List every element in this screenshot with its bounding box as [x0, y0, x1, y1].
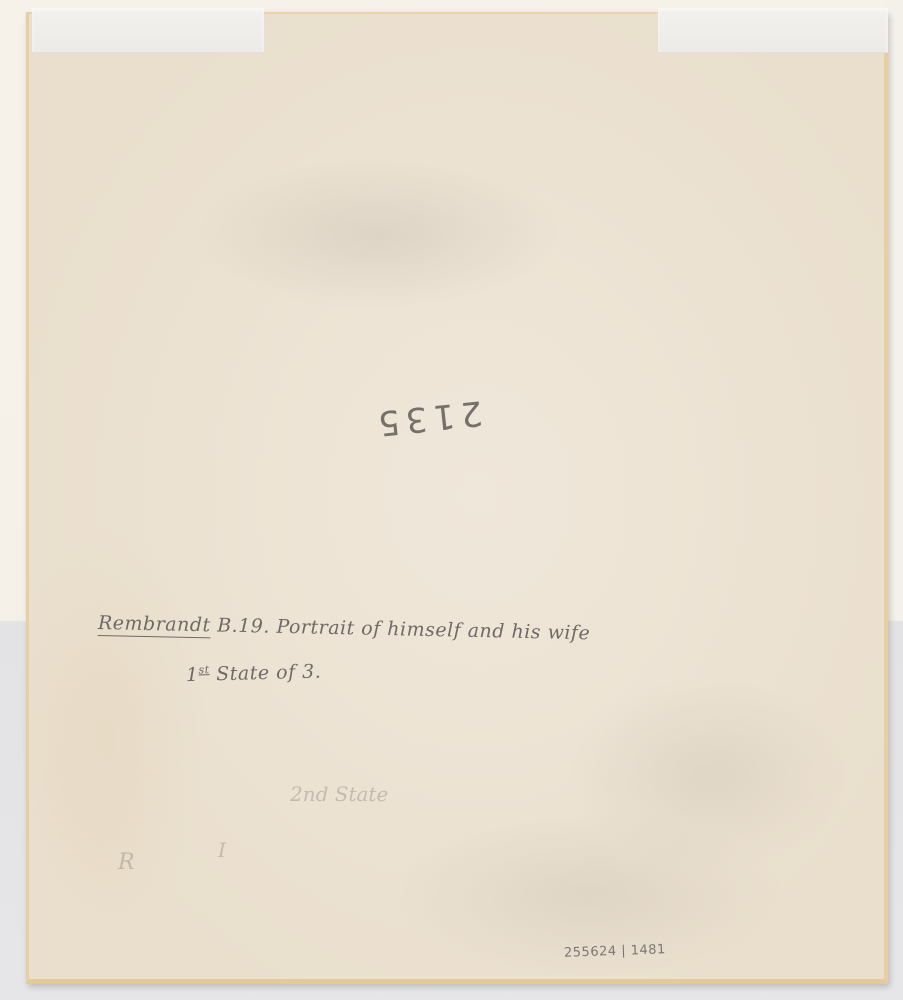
hinge-tape-right [658, 8, 888, 53]
state-rest: State of 3. [216, 661, 322, 686]
hinge-tape-left [32, 8, 264, 53]
inscription-catalogue-ref: B.19. [217, 614, 270, 637]
print-sheet-verso [26, 12, 888, 984]
inscription-state-line: 1st State of 3. [186, 660, 322, 686]
faint-mark-numeral: I [218, 838, 226, 862]
inscription-artist: Rembrandt [98, 612, 211, 636]
faint-mark-state: 2nd State [290, 782, 388, 806]
state-number: 1 [186, 664, 199, 686]
state-superscript: st [198, 663, 209, 676]
faint-mark-letter: R [118, 850, 135, 875]
